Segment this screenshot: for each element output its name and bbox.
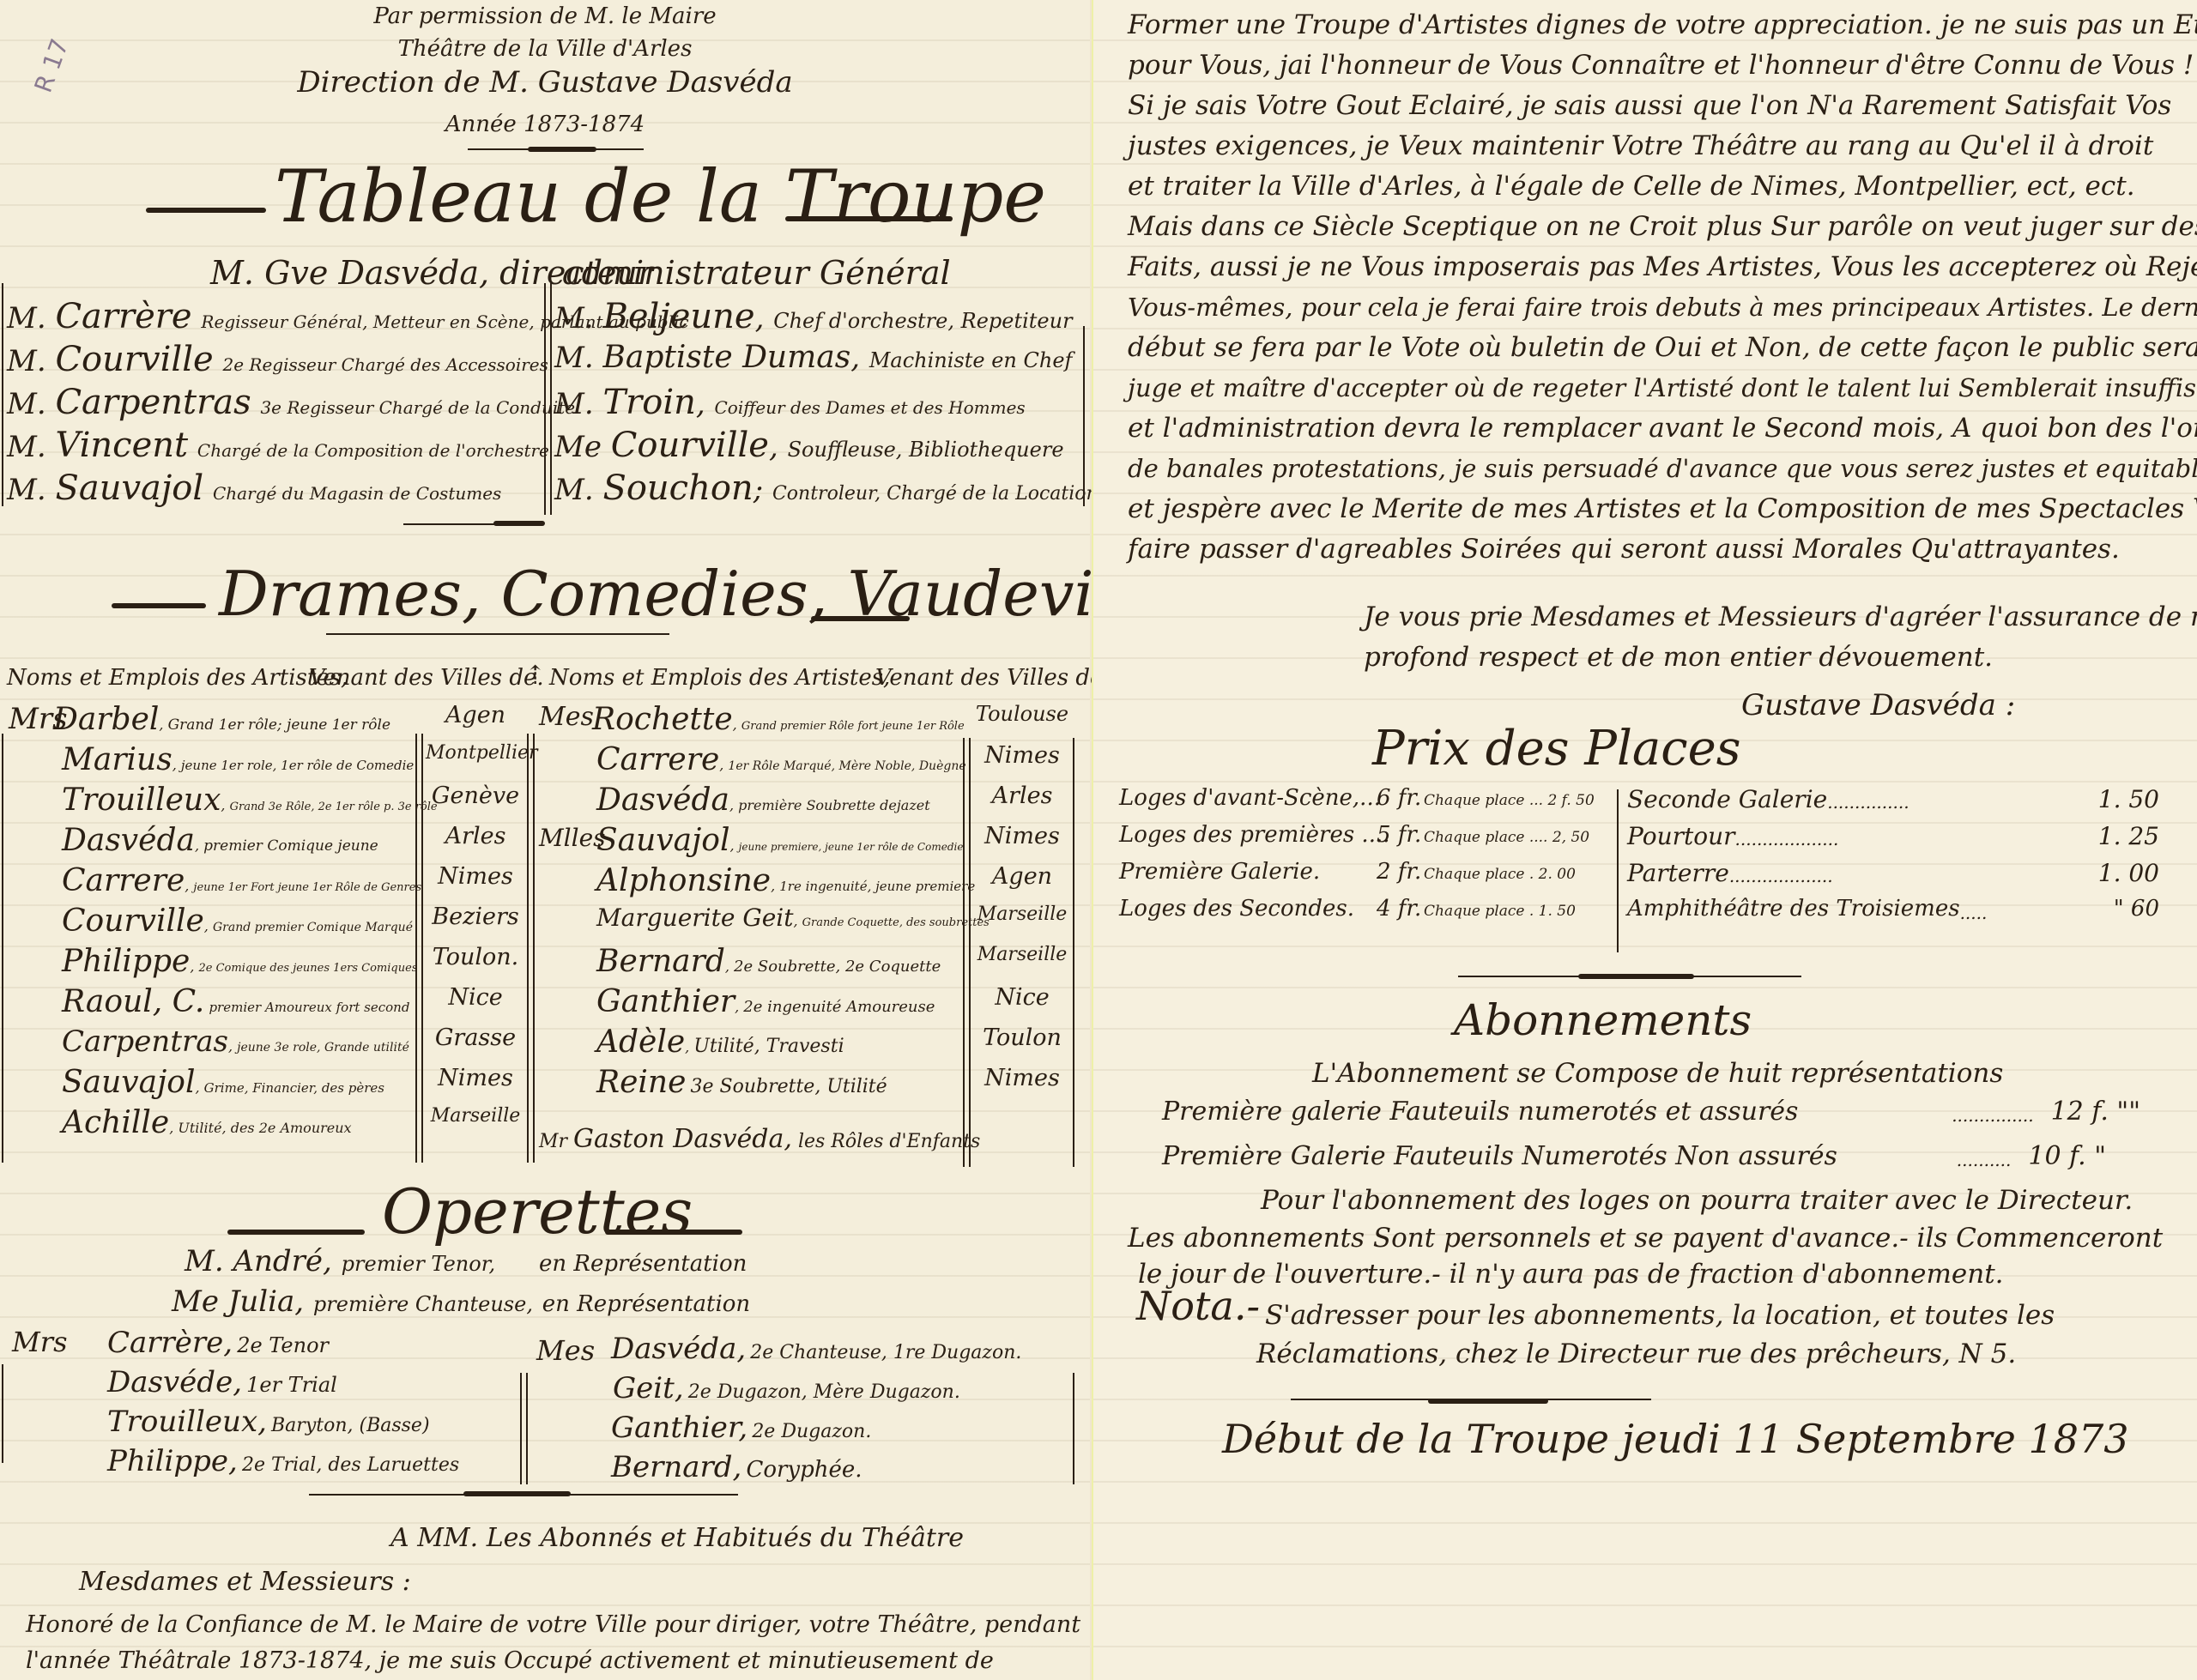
singer-row: Philippe, 2e Trial, des Laruettes	[107, 1444, 459, 1484]
artist-city: Nimes	[971, 1065, 1073, 1105]
drames-women-prefix-1: Mes	[539, 702, 594, 732]
artist-row: Dasvéda, premier Comique jeune	[53, 823, 418, 863]
price-value: 5 fr.	[1377, 822, 1424, 848]
artist-role: premier Comique jeune	[203, 837, 378, 855]
price-value: 1. 50	[2098, 785, 2159, 822]
operettes-dash-right	[605, 1230, 742, 1235]
drames-dash-right	[811, 616, 910, 621]
left-page: R 17 Par permission de M. le Maire Théât…	[0, 0, 1090, 1680]
letter-continued: Former une Troupe d'Artistes dignes de v…	[1128, 5, 2192, 570]
operettes-men-list: Carrère, 2e Tenor Dasvéde, 1er Trial Tro…	[107, 1326, 459, 1484]
artist-role: Grand premier Comique Marqué	[213, 921, 413, 934]
nota-line-2: Réclamations, chez le Directeur rue des …	[1256, 1334, 2016, 1375]
artist-city: Marseille	[426, 1105, 525, 1145]
letter-line: début se fera par le Vote où buletin de …	[1128, 328, 2192, 368]
singer-role: 2e Trial, des Laruettes	[242, 1454, 459, 1476]
operettes-lead-row: Me Julia, première Chanteuse, en Représe…	[172, 1284, 750, 1319]
staff-role: Machiniste en Chef	[869, 348, 1073, 372]
artist-city: Nice	[971, 984, 1073, 1024]
operettes-border-right	[1073, 1373, 1074, 1484]
artist-name: Sauvajol	[596, 823, 729, 858]
drames-border-left	[2, 734, 3, 1163]
price-label: Pourtour	[1627, 822, 1735, 859]
drames-header-right-names: Noms et Emplois des Artistes,	[549, 665, 890, 691]
artist-role: Utilité, des 2e Amoureux	[178, 1120, 351, 1136]
singer-name: Ganthier,	[611, 1411, 747, 1445]
price-label: Amphithéâtre des Troisiemes	[1627, 896, 1960, 933]
staff-role: 3e Regisseur Chargé de la Conduite	[260, 397, 575, 418]
artist-row: Achille, Utilité, des 2e Amoureux	[53, 1105, 418, 1145]
singer-row: Bernard, Coryphée.	[611, 1450, 1021, 1490]
director-line-right: administrateur Général	[562, 254, 951, 292]
artist-role: 3e Soubrette, Utilité	[691, 1076, 887, 1097]
price-per-place: Chaque place .... 2, 50	[1424, 829, 1589, 846]
artist-name: Gaston Dasvéda,	[573, 1124, 792, 1154]
artist-name: André,	[233, 1244, 331, 1278]
price-row: Loges des premières ....5 fr.Chaque plac…	[1119, 822, 1595, 859]
artist-row: Adèle, Utilité, Travesti	[592, 1024, 963, 1065]
artist-name: Adèle	[596, 1024, 685, 1060]
letter-line: Mais dans ce Siècle Sceptique on ne Croi…	[1128, 207, 2192, 247]
price-label: Première Galerie.	[1119, 859, 1377, 885]
artist-name: Raoul, C.	[62, 984, 204, 1019]
artist-name: Courville	[62, 903, 204, 939]
artist-row: Ganthier, 2e ingenuité Amoureuse	[592, 984, 963, 1024]
prefix: M.	[554, 341, 594, 375]
singer-row: Trouilleux, Baryton, (Basse)	[107, 1405, 459, 1444]
staff-row: M. Troin, Coiffeur des Dames et des Homm…	[554, 383, 1082, 426]
price-label: Seconde Galerie	[1627, 785, 1827, 822]
price-dots: ...............	[1827, 785, 2098, 822]
prefix: M.	[185, 1244, 224, 1278]
artist-city: Marseille	[971, 944, 1073, 984]
price-label: Parterre	[1627, 859, 1729, 896]
artist-city: Arles	[971, 783, 1073, 823]
artist-role: jeune 1er Fort jeune 1er Rôle de Genres	[193, 881, 421, 894]
letter-line: pour Vous, jai l'honneur de Vous Connaît…	[1128, 45, 2192, 86]
abonnements-title: Abonnements	[1454, 995, 1752, 1045]
operettes-title: Operettes	[382, 1175, 693, 1248]
operettes-lead-row: M. André, premier Tenor, en Représentati…	[185, 1244, 747, 1278]
price-value: 1. 25	[2098, 822, 2159, 859]
staff-name: Vincent	[55, 426, 188, 465]
singer-name: Philippe,	[107, 1444, 238, 1478]
abonnements-intro: L'Abonnement se Compose de huit représen…	[1312, 1054, 2003, 1094]
artist-city: Nimes	[426, 1065, 525, 1105]
letter-line-1: Honoré de la Confiance de M. le Maire de…	[26, 1604, 1080, 1645]
artist-row: Sauvajol, jeune premiere, jeune 1er rôle…	[592, 823, 963, 863]
staff-name: Sauvajol	[55, 468, 203, 508]
prix-left-list: Loges d'avant-Scène,...6 fr.Chaque place…	[1119, 785, 1595, 933]
singer-row: Dasvéde, 1er Trial	[107, 1365, 459, 1405]
staff-name: Carrère	[55, 297, 191, 336]
singer-role: 2e Chanteuse, 1re Dugazon.	[750, 1342, 1021, 1363]
staff-role: 2e Regisseur Chargé des Accessoires	[222, 354, 548, 375]
letter-salutation: Mesdames et Messieurs :	[79, 1567, 411, 1597]
drames-header-left-cities: Venant des Villes de.	[309, 665, 544, 691]
artist-row: Raoul, C. premier Amoureux fort second	[53, 984, 418, 1024]
abonnement-dots: ...............	[1798, 1097, 2050, 1127]
artist-role: jeune premiere, jeune 1er rôle de Comedi…	[739, 841, 964, 853]
artist-role: Grand 1er rôle; jeune 1er rôle	[168, 716, 390, 734]
artist-city: Montpellier	[426, 742, 525, 783]
prefix: M.	[7, 301, 46, 335]
drames-women-list: Rochette, Grand premier Rôle fort jeune …	[592, 702, 963, 1105]
letter-line: et traiter la Ville d'Arles, à l'égale d…	[1128, 166, 2192, 207]
artist-name: Carrere	[62, 863, 185, 898]
drames-header-left-names: Noms et Emplois des Artistes,	[7, 665, 348, 691]
artist-row: Carrere, jeune 1er Fort jeune 1er Rôle d…	[53, 863, 418, 903]
drames-border-right	[1073, 738, 1074, 1167]
artist-name: Carpentras	[62, 1024, 228, 1059]
drames-men-cities: Agen Montpellier Genève Arles Nimes Bezi…	[426, 702, 525, 1145]
price-row: Amphithéâtre des Troisiemes....." 60	[1627, 896, 2159, 933]
drames-city-divider-right	[963, 738, 971, 1167]
artist-name: Julia,	[228, 1284, 304, 1319]
artist-row: Marguerite Geit, Grande Coquette, des so…	[592, 903, 963, 944]
staff-row: M. Sauvajol Chargé du Magasin de Costume…	[7, 468, 539, 511]
prefix: M.	[7, 387, 46, 421]
staff-left-list: M. Carrère Regisseur Général, Metteur en…	[7, 297, 539, 511]
artist-city: Arles	[426, 823, 525, 863]
staff-role: Chargé du Magasin de Costumes	[213, 483, 501, 504]
artist-role: 2e Comique des jeunes 1ers Comiques	[199, 962, 418, 975]
artist-city: Marseille	[971, 903, 1073, 944]
prefix: M.	[554, 473, 594, 507]
price-value: 1. 00	[2098, 859, 2159, 896]
abonnement-dots: ..........	[1837, 1141, 2028, 1171]
price-label: Loges d'avant-Scène,...	[1119, 785, 1377, 811]
artist-row: Rochette, Grand premier Rôle fort jeune …	[592, 702, 963, 742]
price-label: Loges des premières ....	[1119, 822, 1377, 848]
debut-line: Début de la Troupe jeudi 11 Septembre 18…	[1222, 1416, 2129, 1462]
staff-row: M. Baptiste Dumas, Machiniste en Chef	[554, 340, 1082, 383]
singer-role: Coryphée.	[746, 1457, 862, 1483]
letter-line: Faits, aussi je ne Vous imposerais pas M…	[1128, 247, 2192, 287]
artist-role: Grand 3e Rôle, 2e 1er rôle p. 3e rôle	[230, 801, 438, 813]
price-value: 2 fr.	[1377, 859, 1424, 885]
title-dash-left	[146, 208, 266, 213]
prefix: Me	[172, 1284, 219, 1319]
prefix: M.	[554, 387, 594, 421]
singer-name: Trouilleux,	[107, 1405, 267, 1439]
staff-name: Courville	[611, 426, 769, 465]
artist-name: Alphonsine	[596, 863, 771, 898]
prefix: Me	[554, 430, 602, 464]
staff-role: Chef d'orchestre, Repetiteur	[773, 309, 1072, 333]
closing-line-1: Je vous prie Mesdames et Messieurs d'agr…	[1364, 597, 2197, 638]
artist-name: Carrere	[596, 742, 719, 777]
abonnements-divider-swell	[1578, 974, 1694, 979]
drames-dash-left	[112, 603, 206, 608]
letter-divider-swell	[463, 1491, 571, 1496]
abonnement-label: Première Galerie Fauteuils Numerotés Non…	[1162, 1141, 1837, 1171]
drames-header-right-cities: Venant des Villes de	[875, 665, 1103, 691]
staff-row: M. Carrère Regisseur Général, Metteur en…	[7, 297, 539, 340]
price-row: Seconde Galerie...............1. 50	[1627, 785, 2159, 822]
artist-name: Achille	[62, 1105, 169, 1140]
artist-role: première Chanteuse,	[313, 1292, 533, 1316]
singer-row: Geit, 2e Dugazon, Mère Dugazon.	[611, 1371, 1021, 1411]
up-arrow-icon: ⇡	[524, 661, 546, 691]
artist-name: Trouilleux	[62, 783, 221, 818]
drames-underline	[326, 633, 669, 635]
artist-role: 1er Rôle Marqué, Mère Noble, Duègne	[728, 759, 965, 773]
artist-row: Marius, jeune 1er role, 1er rôle de Come…	[53, 742, 418, 783]
abonnement-note-2: Les abonnements Sont personnels et se pa…	[1128, 1218, 2163, 1259]
artist-role: 1re ingenuité, jeune premiere	[779, 879, 975, 894]
artist-role: Grand premier Rôle fort jeune 1er Rôle	[741, 720, 965, 733]
artist-role: premier Tenor,	[342, 1252, 496, 1276]
artist-role: 2e ingenuité Amoureuse	[743, 998, 935, 1016]
artist-city: Beziers	[426, 903, 525, 944]
artist-row: Reine 3e Soubrette, Utilité	[592, 1065, 963, 1105]
price-row: Pourtour...................1. 25	[1627, 822, 2159, 859]
artist-row: Alphonsine, 1re ingenuité, jeune premier…	[592, 863, 963, 903]
artist-row: Sauvajol, Grime, Financier, des pères	[53, 1065, 418, 1105]
artist-city: Toulouse	[971, 702, 1073, 742]
drames-men-list: Darbel, Grand 1er rôle; jeune 1er rôle M…	[53, 702, 418, 1145]
staff-border-right	[1083, 326, 1085, 506]
letter-line-2: l'année Théâtrale 1873-1874, je me suis …	[26, 1641, 994, 1680]
artist-role: premier Amoureux fort second	[209, 1000, 409, 1015]
artist-row: Bernard, 2e Soubrette, 2e Coquette	[592, 944, 963, 984]
artist-city: Toulon.	[426, 944, 525, 984]
artist-name: Reine	[596, 1065, 686, 1100]
artist-city: Nimes	[971, 742, 1073, 783]
letter-line: de banales protestations, je suis persua…	[1128, 449, 2192, 489]
operettes-women-prefix: Mes	[536, 1334, 595, 1367]
staff-name: Troin	[602, 383, 695, 422]
operettes-border-left	[2, 1364, 3, 1463]
staff-border-left	[2, 283, 3, 506]
artist-city: Nimes	[426, 863, 525, 903]
artist-name: Marius	[62, 742, 172, 777]
artist-note: en Représentation	[542, 1291, 750, 1317]
prefix: M.	[554, 301, 594, 335]
letter-line: Si je sais Votre Gout Eclairé, je sais a…	[1128, 86, 2192, 126]
artist-city: Toulon	[971, 1024, 1073, 1065]
drames-center-divider	[527, 734, 535, 1163]
singer-role: 1er Trial	[246, 1373, 337, 1397]
operettes-dash-left	[227, 1230, 365, 1235]
artist-name: Bernard	[596, 944, 725, 979]
artist-name: Dasvéda	[62, 823, 195, 858]
letter-line: Former une Troupe d'Artistes dignes de v…	[1128, 5, 2192, 45]
price-dots: .....	[1960, 896, 2114, 933]
singer-row: Carrère, 2e Tenor	[107, 1326, 459, 1365]
title-dash-right	[785, 216, 953, 221]
staff-row: M. Carpentras 3e Regisseur Chargé de la …	[7, 383, 539, 426]
price-dots: ...................	[1729, 859, 2098, 896]
artist-name: Darbel	[53, 702, 159, 737]
price-per-place: Chaque place . 2. 00	[1424, 866, 1576, 883]
singer-name: Dasvéda,	[611, 1332, 746, 1366]
staff-role: Coiffeur des Dames et des Hommes	[715, 397, 1026, 418]
price-row: Loges d'avant-Scène,...6 fr.Chaque place…	[1119, 785, 1595, 822]
operettes-women-list: Dasvéda, 2e Chanteuse, 1re Dugazon. Geit…	[611, 1332, 1021, 1490]
artist-city: Agen	[426, 702, 525, 742]
staff-role: Controleur, Chargé de la Location	[772, 483, 1098, 505]
artist-name: Philippe	[62, 944, 190, 979]
artist-row: Dasvéda, première Soubrette dejazet	[592, 783, 963, 823]
singer-name: Bernard,	[611, 1450, 741, 1484]
singer-role: 2e Dugazon.	[752, 1421, 871, 1442]
artist-name: Ganthier	[596, 984, 735, 1019]
singer-role: Baryton, (Basse)	[271, 1415, 430, 1436]
abonnement-price: 10 f. "	[2028, 1141, 2106, 1171]
header-year: Année 1873-1874	[0, 112, 1090, 137]
prix-title: Prix des Places	[1372, 721, 1741, 777]
singer-row: Ganthier, 2e Dugazon.	[611, 1411, 1021, 1450]
artist-role: Grande Coquette, des soubrettes	[802, 916, 990, 929]
prefix: M.	[7, 473, 46, 507]
artist-role: les Rôles d'Enfants	[798, 1131, 980, 1152]
drames-title: Drames, Comedies, Vaudevilles.	[219, 558, 1221, 630]
letter-line: et jespère avec le Merite de mes Artiste…	[1128, 489, 2192, 529]
staff-row: M. Courville 2e Regisseur Chargé des Acc…	[7, 340, 539, 383]
prefix: M.	[7, 430, 46, 464]
prix-divider	[1617, 789, 1619, 952]
abonnement-row: Première galerie Fauteuils numerotés et …	[1162, 1097, 2140, 1127]
artist-name: Dasvéda	[596, 783, 729, 818]
price-label: Loges des Secondes.	[1119, 896, 1377, 922]
artist-city: Genève	[426, 783, 525, 823]
staff-name: Courville	[55, 340, 213, 379]
letter-address: A MM. Les Abonnés et Habitués du Théâtre	[390, 1523, 964, 1553]
artist-role: Utilité, Travesti	[693, 1036, 844, 1057]
abonnement-price: 12 f. ""	[2051, 1097, 2140, 1127]
artist-name: Sauvajol	[62, 1065, 195, 1100]
header-permission: Par permission de M. le Maire	[0, 3, 1090, 29]
singer-role: 2e Dugazon, Mère Dugazon.	[688, 1381, 960, 1403]
prefix: M.	[7, 344, 46, 378]
drames-child-row: Mr Gaston Dasvéda, les Rôles d'Enfants	[539, 1124, 980, 1154]
abonnement-row: Première Galerie Fauteuils Numerotés Non…	[1162, 1141, 2106, 1171]
staff-name: Beljeune	[602, 297, 754, 336]
artist-role: jeune 1er role, 1er rôle de Comedie	[181, 758, 414, 773]
debut-divider-swell	[1428, 1399, 1548, 1404]
price-value: " 60	[2114, 896, 2159, 933]
staff-divider-swell	[493, 521, 545, 526]
prix-right-list: Seconde Galerie...............1. 50 Pour…	[1627, 785, 2159, 933]
artist-row: Carrere, 1er Rôle Marqué, Mère Noble, Du…	[592, 742, 963, 783]
closing-line-2: profond respect et de mon entier dévouem…	[1364, 638, 1993, 678]
nota-label: Nota.-	[1136, 1283, 1260, 1329]
letter-line: justes exigences, je Veux maintenir Votr…	[1128, 126, 2192, 166]
staff-row: M. Beljeune, Chef d'orchestre, Repetiteu…	[554, 297, 1082, 340]
letter-line: juge et maître d'accepter où de regeter …	[1128, 368, 2192, 408]
artist-name: Marguerite Geit	[596, 903, 793, 932]
letter-line: et l'administration devra le remplacer a…	[1128, 408, 2192, 449]
price-row: Première Galerie.2 fr.Chaque place . 2. …	[1119, 859, 1595, 896]
artist-row: Trouilleux, Grand 3e Rôle, 2e 1er rôle p…	[53, 783, 418, 823]
operettes-divider	[520, 1373, 528, 1484]
staff-role: Chargé de la Composition de l'orchestre	[197, 440, 549, 461]
singer-role: 2e Tenor	[237, 1333, 329, 1357]
price-dots: ...................	[1735, 822, 2098, 859]
singer-name: Carrère,	[107, 1326, 233, 1360]
header-direction: Direction de M. Gustave Dasvéda	[0, 65, 1090, 100]
staff-row: M. Vincent Chargé de la Composition de l…	[7, 426, 539, 468]
abonnement-label: Première galerie Fauteuils numerotés et …	[1162, 1097, 1798, 1127]
artist-row: Courville, Grand premier Comique Marqué	[53, 903, 418, 944]
staff-name: Baptiste Dumas	[602, 340, 850, 375]
singer-name: Dasvéde,	[107, 1365, 242, 1399]
prefix: Mr	[539, 1131, 567, 1152]
right-page: Former une Troupe d'Artistes dignes de v…	[1092, 0, 2197, 1680]
signature: Gustave Dasvéda :	[1741, 688, 2015, 722]
artist-role: 2e Soubrette, 2e Coquette	[734, 958, 941, 976]
staff-name: Souchon	[602, 468, 753, 508]
artist-role: première Soubrette dejazet	[738, 797, 930, 813]
nota-line-1: S'adresser pour les abonnements, la loca…	[1265, 1296, 2055, 1336]
artist-row: Carpentras, jeune 3e role, Grande utilit…	[53, 1024, 418, 1065]
operettes-men-prefix: Mrs	[12, 1326, 67, 1358]
artist-role: jeune 3e role, Grande utilité	[237, 1041, 409, 1055]
artist-city: Nice	[426, 984, 525, 1024]
header-divider-swell	[528, 147, 596, 152]
letter-line: Vous-mêmes, pour cela je ferai faire tro…	[1128, 287, 2192, 328]
price-per-place: Chaque place ... 2 f. 50	[1424, 792, 1595, 809]
artist-city: Agen	[971, 863, 1073, 903]
abonnement-note-1: Pour l'abonnement des loges on pourra tr…	[1261, 1181, 2133, 1221]
artist-role: Grime, Financier, des pères	[204, 1080, 384, 1096]
price-row: Parterre...................1. 00	[1627, 859, 2159, 896]
price-row: Loges des Secondes.4 fr.Chaque place . 1…	[1119, 896, 1595, 933]
staff-row: M. Souchon; Controleur, Chargé de la Loc…	[554, 468, 1082, 511]
singer-name: Geit,	[613, 1371, 684, 1405]
artist-name: Rochette	[592, 702, 733, 737]
price-value: 6 fr.	[1377, 785, 1424, 811]
artist-city: Nimes	[971, 823, 1073, 863]
staff-right-list: M. Beljeune, Chef d'orchestre, Repetiteu…	[554, 297, 1082, 511]
drames-women-cities: Toulouse Nimes Arles Nimes Agen Marseill…	[971, 702, 1073, 1105]
tableau-title: Tableau de la Troupe	[275, 154, 1046, 239]
header-theatre: Théâtre de la Ville d'Arles	[0, 36, 1090, 62]
artist-row: Philippe, 2e Comique des jeunes 1ers Com…	[53, 944, 418, 984]
staff-role: Souffleuse, Bibliothequere	[788, 438, 1064, 462]
staff-row: Me Courville, Souffleuse, Bibliothequere	[554, 426, 1082, 468]
letter-line: faire passer d'agreables Soirées qui ser…	[1128, 529, 2192, 570]
artist-city: Grasse	[426, 1024, 525, 1065]
staff-name: Carpentras	[55, 383, 251, 422]
abonnement-note-3: le jour de l'ouverture.- il n'y aura pas…	[1138, 1254, 2004, 1295]
artist-row: Darbel, Grand 1er rôle; jeune 1er rôle	[53, 702, 418, 742]
price-value: 4 fr.	[1377, 896, 1424, 922]
price-per-place: Chaque place . 1. 50	[1424, 903, 1576, 920]
artist-note: en Représentation	[505, 1251, 747, 1277]
singer-row: Dasvéda, 2e Chanteuse, 1re Dugazon.	[611, 1332, 1021, 1371]
